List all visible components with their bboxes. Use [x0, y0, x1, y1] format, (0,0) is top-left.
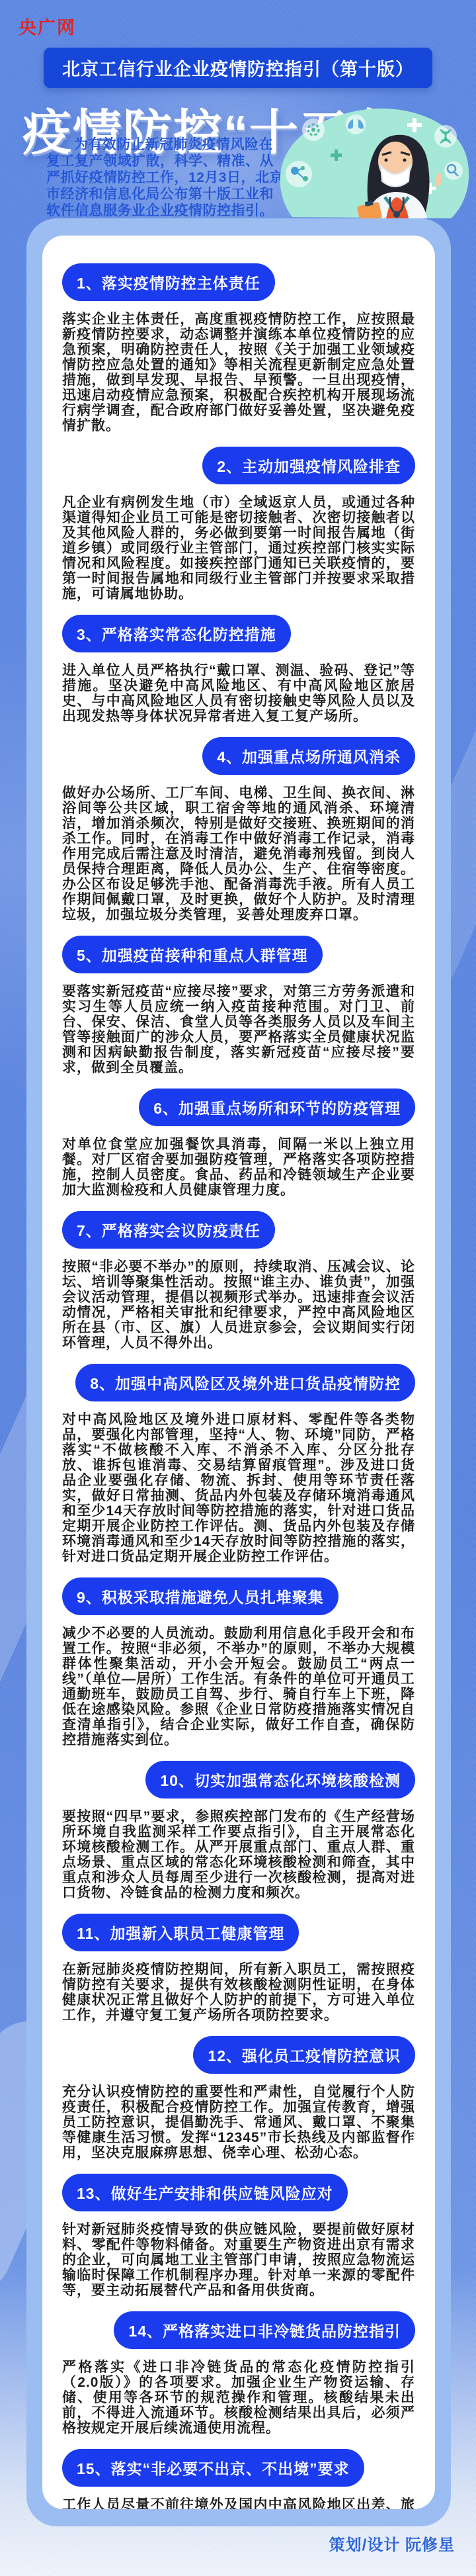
- section-body: 工作人员尽量不前往境外及国内中高风险地区出差、旅行、探亲。对确有需要的，严格落实…: [62, 2497, 415, 2509]
- guideline-section: 6、加强重点场所和环节的防疫管理 对单位食堂应加强餐饮具消毒，间隔一米以上独立用…: [62, 1088, 415, 1198]
- section-title: 加强重点场所和环节的防疫管理: [178, 1100, 401, 1117]
- section-body: 在新冠肺炎疫情防控期间，所有新入职员工，需按照疫情防控有关要求，提供有效核酸检测…: [62, 1962, 415, 2023]
- section-badge-row: 9、积极采取措施避免人员扎堆聚集: [62, 1577, 415, 1615]
- section-badge: 8、加强中高风险区及境外进口货品疫情防控: [75, 1364, 415, 1401]
- magnifier-icon: [444, 161, 463, 180]
- section-badge: 5、加强疫苗接种和重点人群管理: [62, 936, 323, 973]
- section-title: 落实“非必要不出京、不出境”要求: [111, 2460, 350, 2477]
- poster: 央广网 北京工信行业企业疫情防控指引（第十版） 疫情防控“十五条” 为有效防止新…: [0, 0, 476, 2576]
- section-badge: 12、强化员工疫情防控意识: [193, 2036, 415, 2074]
- section-number: 8、: [90, 1375, 115, 1392]
- section-body: 按照“非必要不举办”的原则，持续取消、压减会议、论坛、培训等聚集性活动。按照“谁…: [62, 1259, 415, 1351]
- section-badge: 10、切实加强常态化环境核酸检测: [145, 1761, 415, 1799]
- section-badge: 1、落实疫情防控主体责任: [62, 263, 275, 301]
- content-card: 1、落实疫情防控主体责任 落实企业主体责任，高度重视疫情防控工作，应按照最新疫情…: [42, 236, 435, 2509]
- section-badge: 9、积极采取措施避免人员扎堆聚集: [62, 1577, 338, 1615]
- section-body: 对中高风险地区及境外进口原材料、零配件等各类物品，要强化内部管理，坚持“人、物、…: [62, 1412, 415, 1564]
- section-badge: 4、加强重点场所通风消杀: [202, 737, 415, 775]
- section-title: 加强疫苗接种和重点人群管理: [102, 947, 308, 964]
- section-badge-row: 4、加强重点场所通风消杀: [62, 737, 415, 775]
- section-title: 严格落实常态化防控措施: [102, 626, 276, 643]
- section-badge-row: 12、强化员工疫情防控意识: [62, 2036, 415, 2074]
- gear-icon: [302, 118, 325, 141]
- section-body: 进入单位人员严格执行“戴口罩、测温、验码、登记”等措施。坚决避免中高风险地区、有…: [62, 663, 415, 724]
- section-body: 落实企业主体责任，高度重视疫情防控工作，应按照最新疫情防控要求，动态调整并演练本…: [62, 312, 415, 433]
- section-body: 凡企业有病例发生地（市）全域返京人员，或通过各种渠道得知企业员工可能是密切接触者…: [62, 495, 415, 601]
- section-title: 落实疫情防控主体责任: [102, 275, 260, 292]
- section-number: 6、: [153, 1100, 178, 1117]
- section-number: 9、: [77, 1589, 102, 1606]
- guideline-section: 3、严格落实常态化防控措施 进入单位人员严格执行“戴口罩、测温、验码、登记”等措…: [62, 615, 415, 724]
- lungs-icon: [346, 114, 366, 134]
- section-number: 10、: [160, 1772, 194, 1789]
- section-number: 7、: [77, 1222, 102, 1239]
- section-body: 充分认识疫情防控的重要性和严肃性，自觉履行个人防疫责任，积极配合疫情防控工作。加…: [62, 2084, 415, 2160]
- intro-paragraph: 为有效防止新冠肺炎疫情风险在复工复产领域扩散，科学、精准、从严抓好疫情防控工作，…: [46, 136, 284, 219]
- section-badge-row: 7、严格落实会议防疫责任: [62, 1211, 415, 1249]
- section-title: 主动加强疫情风险排查: [242, 458, 401, 475]
- sections: 1、落实疫情防控主体责任 落实企业主体责任，高度重视疫情防控工作，应按照最新疫情…: [62, 263, 415, 2509]
- section-number: 1、: [77, 275, 102, 292]
- cnr-logo: 央广网: [19, 13, 76, 39]
- guide-banner: 北京工信行业企业疫情防控指引（第十版）: [44, 48, 432, 88]
- section-badge-row: 15、落实“非必要不出京、不出境”要求: [62, 2449, 415, 2487]
- section-number: 13、: [77, 2185, 111, 2202]
- section-body: 针对新冠肺炎疫情导致的供应链风险，要提前做好原材料、零配件等物料储备。对重要生产…: [62, 2222, 415, 2298]
- section-badge-row: 6、加强重点场所和环节的防疫管理: [62, 1088, 415, 1126]
- section-body: 要按照“四早”要求，参照疾控部门发布的《生产经营场所环境自我监测采样工作要点指引…: [62, 1809, 415, 1900]
- section-number: 3、: [77, 626, 102, 643]
- section-title: 严格落实进口非冷链货品防控指引: [163, 2323, 401, 2340]
- section-title: 严格落实会议防疫责任: [102, 1222, 260, 1239]
- section-number: 12、: [208, 2047, 242, 2065]
- doctor-illustration: [272, 105, 472, 218]
- section-body: 对单位食堂应加强餐饮具消毒，间隔一米以上独立用餐。对厂区宿舍要加强防疫管理，严格…: [62, 1137, 415, 1198]
- guideline-section: 2、主动加强疫情风险排查 凡企业有病例发生地（市）全域返京人员，或通过各种渠道得…: [62, 447, 415, 601]
- section-badge: 7、严格落实会议防疫责任: [62, 1211, 275, 1249]
- section-title: 加强新入职员工健康管理: [110, 1925, 284, 1942]
- section-body: 要落实新冠疫苗“应接尽接”要求，对第三方劳务派遣和实习生等人员应统一纳入疫苗接种…: [62, 984, 415, 1075]
- section-title: 做好生产安排和供应链风险应对: [111, 2185, 333, 2202]
- section-number: 14、: [128, 2323, 163, 2340]
- content-frame: 1、落实疫情防控主体责任 落实企业主体责任，高度重视疫情防控工作，应按照最新疫情…: [26, 218, 451, 2526]
- section-body: 做好办公场所、工厂车间、电梯、卫生间、换衣间、淋浴间等公共区域，职工宿舍等地的通…: [62, 785, 415, 922]
- molecule-icon: [286, 161, 312, 187]
- section-badge-row: 11、加强新入职员工健康管理: [62, 1914, 415, 1951]
- section-badge-row: 5、加强疫苗接种和重点人群管理: [62, 936, 415, 973]
- guideline-section: 11、加强新入职员工健康管理 在新冠肺炎疫情防控期间，所有新入职员工，需按照疫情…: [62, 1914, 415, 2023]
- section-number: 15、: [77, 2460, 111, 2477]
- guideline-section: 5、加强疫苗接种和重点人群管理 要落实新冠疫苗“应接尽接”要求，对第三方劳务派遣…: [62, 936, 415, 1075]
- section-badge: 6、加强重点场所和环节的防疫管理: [139, 1088, 415, 1126]
- section-title: 积极采取措施避免人员扎堆聚集: [102, 1589, 324, 1606]
- guideline-section: 7、严格落实会议防疫责任 按照“非必要不举办”的原则，持续取消、压减会议、论坛、…: [62, 1211, 415, 1351]
- dna-icon: [434, 125, 457, 148]
- section-badge: 14、严格落实进口非冷链货品防控指引: [114, 2311, 415, 2349]
- section-badge: 2、主动加强疫情风险排查: [202, 447, 415, 484]
- guideline-section: 14、严格落实进口非冷链货品防控指引 严格落实《进口非冷链货品的常态化疫情防控指…: [62, 2311, 415, 2436]
- guideline-section: 4、加强重点场所通风消杀 做好办公场所、工厂车间、电梯、卫生间、换衣间、淋浴间等…: [62, 737, 415, 922]
- section-title: 切实加强常态化环境核酸检测: [194, 1772, 401, 1789]
- section-body: 减少不必要的人员流动。鼓励利用信息化手段开会和布置工作。按照“非必须，不举办”的…: [62, 1626, 415, 1748]
- credit-line: 策划/设计 阮修星: [329, 2532, 455, 2555]
- section-badge-row: 14、严格落实进口非冷链货品防控指引: [62, 2311, 415, 2349]
- section-badge-row: 13、做好生产安排和供应链风险应对: [62, 2174, 415, 2211]
- guideline-section: 9、积极采取措施避免人员扎堆聚集 减少不必要的人员流动。鼓励利用信息化手段开会和…: [62, 1577, 415, 1748]
- guideline-section: 1、落实疫情防控主体责任 落实企业主体责任，高度重视疫情防控工作，应按照最新疫情…: [62, 263, 415, 433]
- section-badge-row: 1、落实疫情防控主体责任: [62, 263, 415, 301]
- section-number: 2、: [217, 458, 242, 475]
- section-body: 严格落实《进口非冷链货品的常态化疫情防控指引（2.0版）》的各项要求。加强企业生…: [62, 2360, 415, 2436]
- section-badge: 15、落实“非必要不出京、不出境”要求: [62, 2449, 364, 2487]
- guideline-section: 10、切实加强常态化环境核酸检测 要按照“四早”要求，参照疾控部门发布的《生产经…: [62, 1761, 415, 1900]
- section-number: 11、: [77, 1925, 110, 1942]
- section-title: 加强中高风险区及境外进口货品疫情防控: [115, 1375, 401, 1392]
- section-number: 4、: [217, 748, 242, 766]
- guideline-section: 13、做好生产安排和供应链风险应对 针对新冠肺炎疫情导致的供应链风险，要提前做好…: [62, 2174, 415, 2298]
- section-title: 加强重点场所通风消杀: [242, 748, 401, 766]
- section-badge-row: 2、主动加强疫情风险排查: [62, 447, 415, 484]
- section-badge: 3、严格落实常态化防控措施: [62, 615, 291, 652]
- section-number: 5、: [77, 947, 102, 964]
- guideline-section: 8、加强中高风险区及境外进口货品疫情防控 对中高风险地区及境外进口原材料、零配件…: [62, 1364, 415, 1564]
- guideline-section: 12、强化员工疫情防控意识 充分认识疫情防控的重要性和严肃性，自觉履行个人防疫责…: [62, 2036, 415, 2160]
- section-badge: 13、做好生产安排和供应链风险应对: [62, 2174, 348, 2211]
- section-badge-row: 10、切实加强常态化环境核酸检测: [62, 1761, 415, 1799]
- section-title: 强化员工疫情防控意识: [242, 2047, 401, 2065]
- section-badge-row: 8、加强中高风险区及境外进口货品疫情防控: [62, 1364, 415, 1401]
- section-badge: 11、加强新入职员工健康管理: [62, 1914, 299, 1951]
- guideline-section: 15、落实“非必要不出京、不出境”要求 工作人员尽量不前往境外及国内中高风险地区…: [62, 2449, 415, 2509]
- section-badge-row: 3、严格落实常态化防控措施: [62, 615, 415, 652]
